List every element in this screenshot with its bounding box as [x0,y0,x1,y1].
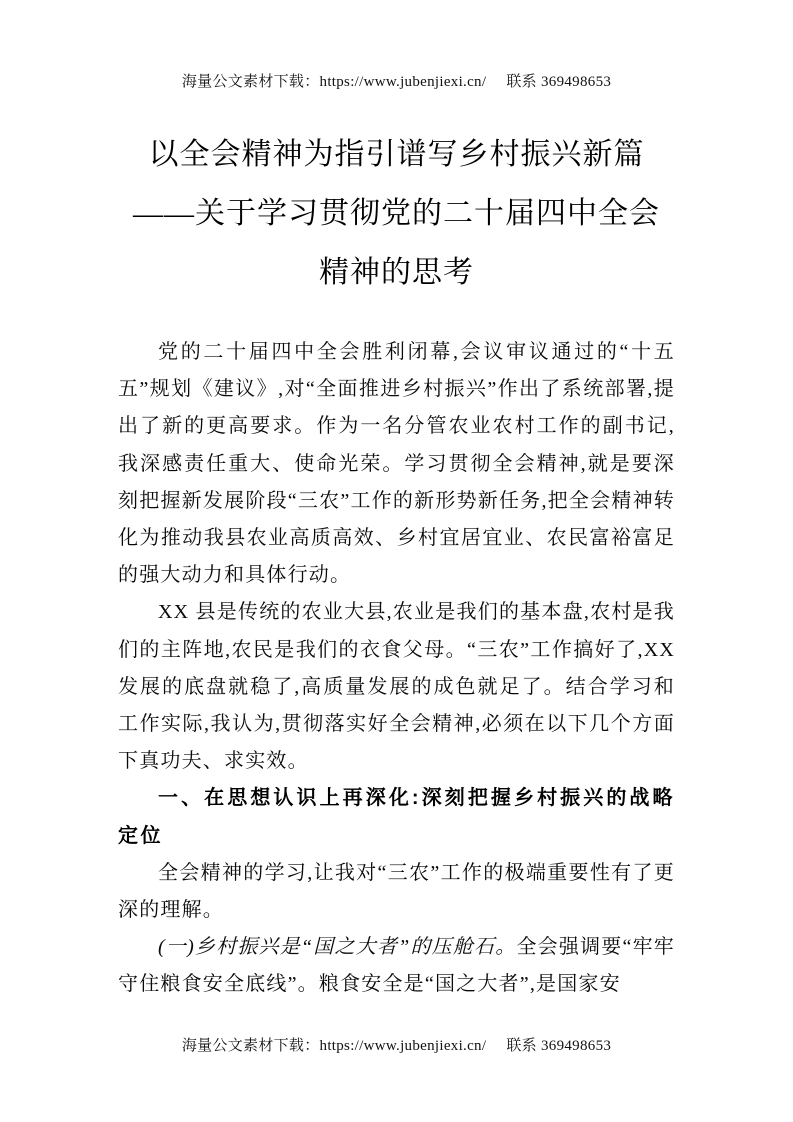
body-paragraph-2: XX 县是传统的农业大县,农业是我们的基本盘,农村是我们的主阵地,农民是我们的衣… [118,594,675,780]
header-download-label: 海量公文素材下载： [182,74,320,90]
page-footer: 海量公文素材下载：https://www.jubenjiexi.cn/联系 36… [0,1034,793,1055]
footer-url-link[interactable]: https://www.jubenjiexi.cn/ [320,1038,487,1054]
body-paragraph-1: 党的二十届四中全会胜利闭幕,会议审议通过的“十五五”规划《建议》,对“全面推进乡… [118,334,675,594]
document-title: 以全会精神为指引谱写乡村振兴新篇——关于学习贯彻党的二十届四中全会精神的思考 [118,125,675,302]
page-header: 海量公文素材下载：https://www.jubenjiexi.cn/联系 36… [0,70,793,91]
document-body: 党的二十届四中全会胜利闭幕,会议审议通过的“十五五”规划《建议》,对“全面推进乡… [118,334,675,1004]
body-paragraph-3: 全会精神的学习,让我对“三农”工作的极端重要性有了更深的理解。 [118,855,675,929]
footer-contact: 联系 369498653 [506,1038,611,1054]
paragraph-lead-sentence: (一)乡村振兴是“国之大者”的压舱石。 [158,936,516,958]
header-contact: 联系 369498653 [506,74,611,90]
document-page: 海量公文素材下载：https://www.jubenjiexi.cn/联系 36… [0,0,793,1122]
body-paragraph-4: (一)乡村振兴是“国之大者”的压舱石。全会强调要“牢牢守住粮食安全底线”。粮食安… [118,929,675,1003]
footer-download-label: 海量公文素材下载： [182,1038,320,1054]
section-heading-1: 一、在思想认识上再深化:深刻把握乡村振兴的战略定位 [118,780,675,854]
header-url-link[interactable]: https://www.jubenjiexi.cn/ [320,74,487,90]
document-content: 以全会精神为指引谱写乡村振兴新篇——关于学习贯彻党的二十届四中全会精神的思考 党… [0,0,793,1004]
